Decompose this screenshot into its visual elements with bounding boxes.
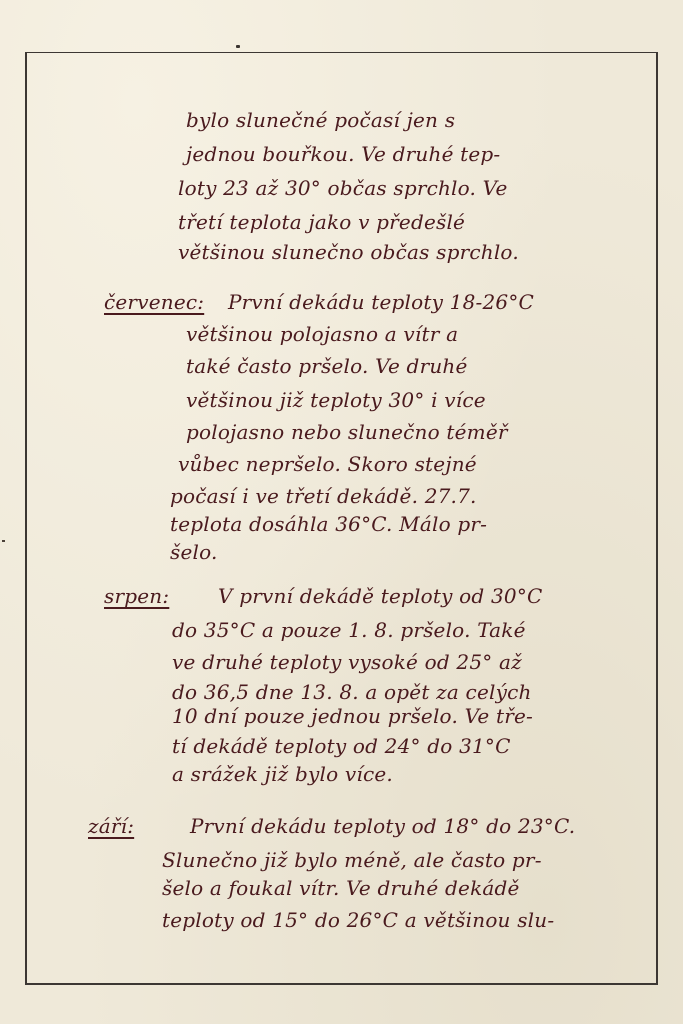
text-line: bylo slunečné počasí jen s [186, 108, 455, 132]
text-line: počasí i ve třetí dekádě. 27.7. [170, 484, 477, 508]
handwritten-page: bylo slunečné počasí jen s jednou bouřko… [0, 0, 683, 1024]
text-line: šelo a foukal vítr. Ve druhé dekádě [162, 876, 520, 900]
text-line: První dekádu teploty od 18° do 23°C. [190, 814, 575, 838]
text-line: loty 23 až 30° občas sprchlo. Ve [178, 176, 508, 200]
text-line: ve druhé teploty vysoké od 25° až [172, 650, 522, 674]
text-line: 10 dní pouze jednou pršelo. Ve tře- [172, 704, 533, 728]
section-label-cervenec: červenec: [104, 290, 204, 314]
text-line: většinou slunečno občas sprchlo. [178, 240, 519, 264]
section-label-zari: září: [88, 814, 134, 838]
text-line: teploty od 15° do 26°C a většinou slu- [162, 908, 554, 932]
text-line: také často pršelo. Ve druhé [186, 354, 468, 378]
text-line: třetí teplota jako v předešlé [178, 210, 465, 234]
text-line: a srážek již bylo více. [172, 762, 393, 786]
text-line: jednou bouřkou. Ve druhé tep- [186, 142, 500, 166]
text-line: šelo. [170, 540, 218, 564]
text-line: do 35°C a pouze 1. 8. pršelo. Také [172, 618, 526, 642]
section-label-srpen: srpen: [104, 584, 169, 608]
text-line: První dekádu teploty 18-26°C [228, 290, 534, 314]
text-line: do 36,5 dne 13. 8. a opět za celých [172, 680, 532, 704]
text-line: většinou polojasno a vítr a [186, 322, 458, 346]
text-line: tí dekádě teploty od 24° do 31°C [172, 734, 511, 758]
text-line: Slunečno již bylo méně, ale často pr- [162, 848, 542, 872]
text-line: většinou již teploty 30° i více [186, 388, 486, 412]
text-line: V první dekádě teploty od 30°C [218, 584, 543, 608]
text-line: teplota dosáhla 36°C. Málo pr- [170, 512, 487, 536]
text-line: polojasno nebo slunečno téměř [186, 420, 508, 444]
text-line: vůbec nepršelo. Skoro stejné [178, 452, 477, 476]
